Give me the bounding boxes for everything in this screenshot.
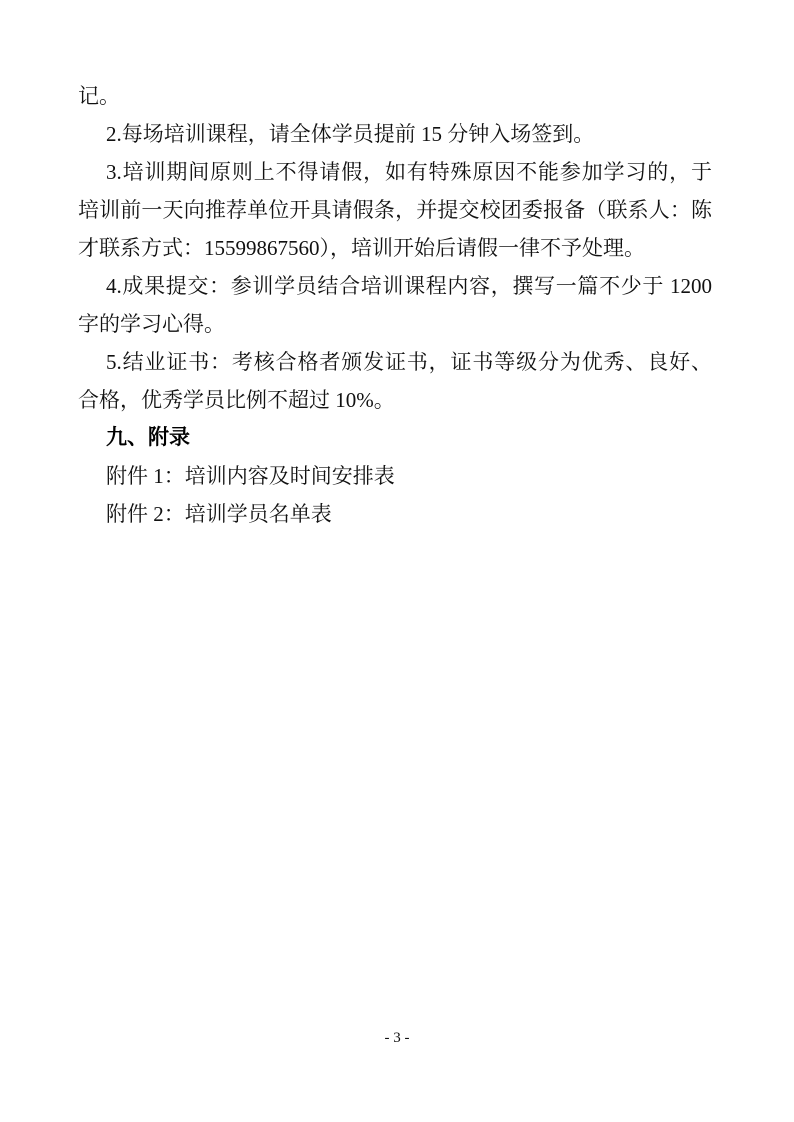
page-body-text: 记。 2.每场培训课程，请全体学员提前 15 分钟入场签到。 3.培训期间原则上… [78, 77, 712, 533]
numbered-item-3-line-2: 培训前一天向推荐单位开具请假条，并提交校团委报备（联系人：陈 [78, 191, 712, 229]
numbered-item-3-line-1: 3.培训期间原则上不得请假，如有特殊原因不能参加学习的，于 [78, 153, 712, 191]
page-number: - 3 - [0, 1029, 794, 1047]
document-page: 记。 2.每场培训课程，请全体学员提前 15 分钟入场签到。 3.培训期间原则上… [0, 0, 794, 1122]
numbered-item-4-line-2: 字的学习心得。 [78, 305, 712, 343]
attachment-2-line: 附件 2：培训学员名单表 [78, 495, 712, 533]
numbered-item-2-line-1: 2.每场培训课程，请全体学员提前 15 分钟入场签到。 [78, 115, 712, 153]
attachment-1-line: 附件 1：培训内容及时间安排表 [78, 457, 712, 495]
numbered-item-3-line-3: 才联系方式：15599867560），培训开始后请假一律不予处理。 [78, 229, 712, 267]
numbered-item-5-line-2: 合格，优秀学员比例不超过 10%。 [78, 381, 712, 419]
section-heading: 九、附录 [78, 419, 712, 457]
numbered-item-4-line-1: 4.成果提交：参训学员结合培训课程内容，撰写一篇不少于 1200 [78, 267, 712, 305]
continuation-tail-line: 记。 [78, 77, 712, 115]
numbered-item-5-line-1: 5.结业证书：考核合格者颁发证书，证书等级分为优秀、良好、 [78, 343, 712, 381]
